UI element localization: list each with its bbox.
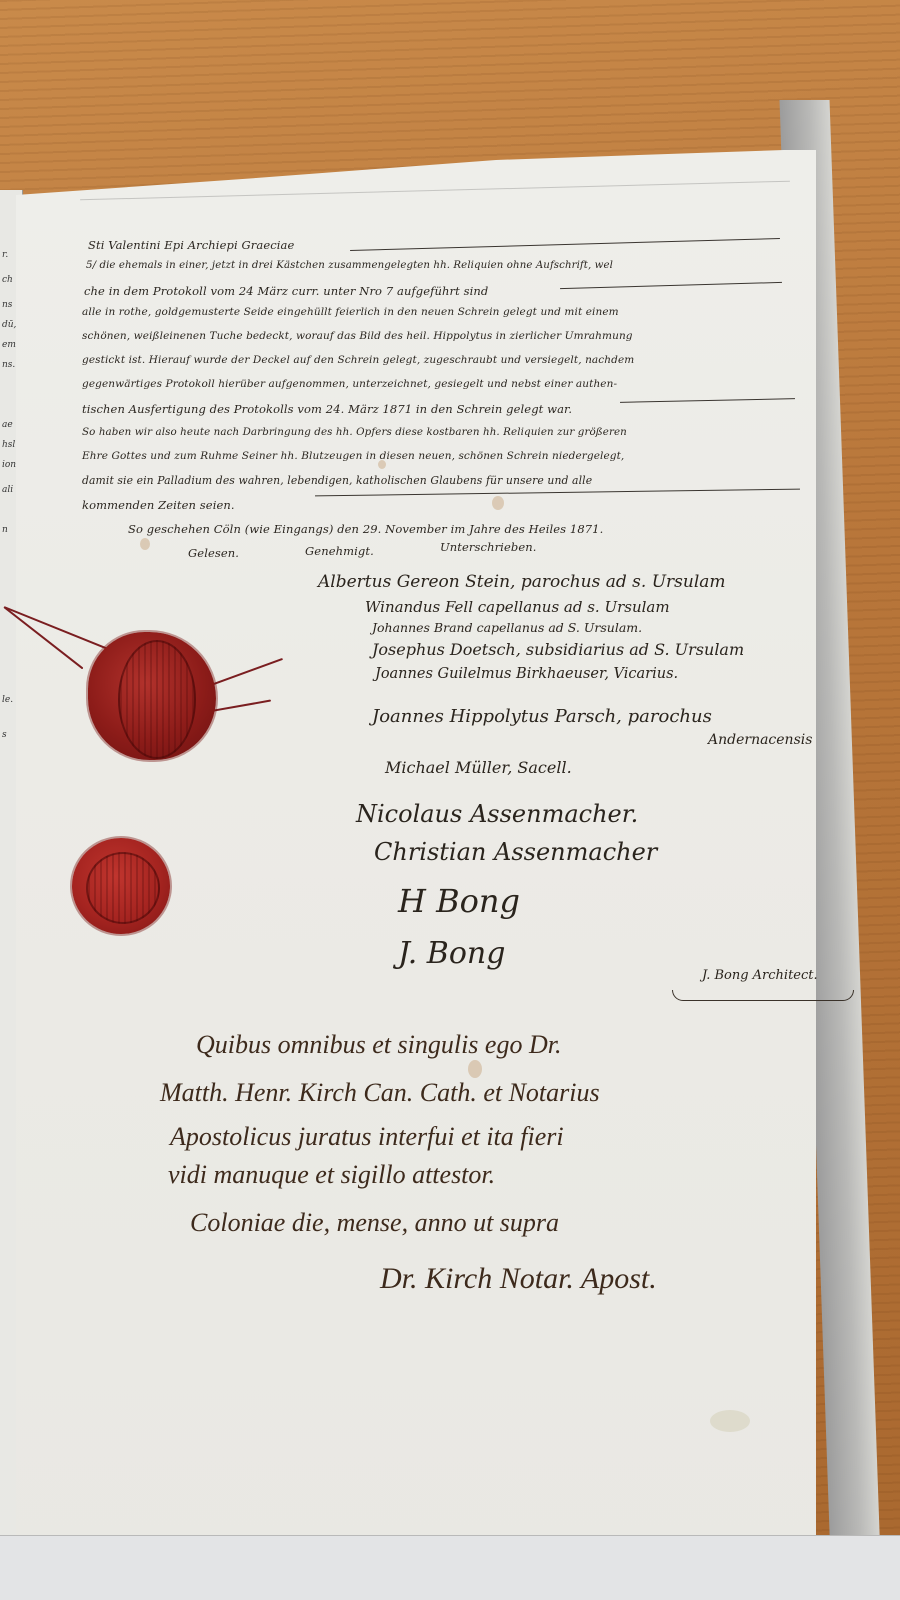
body-line: schönen, weißleinenen Tuche bedeckt, wor… — [82, 330, 633, 342]
left-page-fragment: ch — [2, 275, 13, 285]
foxing-stain — [140, 538, 150, 550]
body-line: che in dem Protokoll vom 24 März curr. u… — [84, 284, 488, 298]
notary-line: Apostolicus juratus interfui et ita fier… — [170, 1122, 564, 1152]
signature-architect: J. Bong Architect. — [702, 968, 818, 983]
body-line: kommenden Zeiten seien. — [82, 498, 235, 512]
attestation-approved: Genehmigt. — [305, 544, 374, 558]
notary-line: vidi manuque et sigillo attestor. — [168, 1160, 495, 1190]
body-line: 5/ die ehemals in einer, jetzt in drei K… — [86, 260, 613, 271]
signature: Michael Müller, Sacell. — [385, 758, 572, 777]
signature: Joannes Hippolytus Parsch, parochus — [372, 706, 712, 727]
left-page-fragment: hsl — [2, 440, 15, 450]
left-page-fragment: ae — [2, 420, 13, 430]
body-line: gegenwärtiges Protokoll hierüber aufgeno… — [82, 378, 617, 390]
left-page-fragment: s — [2, 730, 7, 740]
signature: Nicolaus Assenmacher. — [356, 800, 638, 828]
left-page-fragment: ion — [2, 460, 16, 470]
notary-line: Coloniae die, mense, anno ut supra — [190, 1208, 559, 1238]
body-line: gestickt ist. Hierauf wurde der Deckel a… — [82, 354, 634, 366]
body-line: So haben wir also heute nach Darbringung… — [82, 426, 627, 438]
left-page-fragment: le. — [2, 695, 13, 705]
signature: Johannes Brand capellanus ad S. Ursulam. — [372, 620, 642, 635]
attestation-read: Gelesen. — [188, 546, 239, 560]
left-page-fragment: r. — [2, 250, 8, 260]
signature: J. Bong — [398, 936, 505, 971]
signature: Christian Assenmacher — [374, 838, 657, 866]
notary-signature: Dr. Kirch Notar. Apost. — [380, 1262, 657, 1296]
notary-line: Quibus omnibus et singulis ego Dr. — [196, 1030, 561, 1060]
signature: Joannes Guilelmus Birkhaeuser, Vicarius. — [375, 666, 678, 682]
water-stain — [710, 1410, 750, 1432]
signature: Josephus Doetsch, subsidiarius ad S. Urs… — [372, 640, 744, 659]
left-page-fragment: ali — [2, 485, 13, 495]
signature-flourish — [672, 990, 854, 1001]
closing-line: So geschehen Cöln (wie Eingangs) den 29.… — [128, 522, 603, 536]
signature: Winandus Fell capellanus ad s. Ursulam — [365, 598, 670, 616]
body-line: Ehre Gottes und zum Ruhme Seiner hh. Blu… — [82, 450, 624, 462]
left-page-fragment: n — [2, 525, 8, 535]
body-line: Sti Valentini Epi Archiepi Graeciae — [88, 238, 294, 252]
left-page-fragment: ns — [2, 300, 12, 310]
foxing-stain — [492, 496, 504, 510]
left-page-fragment: dū, — [2, 320, 16, 330]
body-line: alle in rothe, goldgemusterte Seide eing… — [82, 306, 619, 318]
body-line: damit sie ein Palladium des wahren, lebe… — [82, 474, 592, 487]
vesica-seal-impression — [118, 640, 196, 759]
lower-page-edge — [0, 1535, 900, 1600]
notary-line: Matth. Henr. Kirch Can. Cath. et Notariu… — [160, 1078, 600, 1108]
signature: H Bong — [398, 882, 520, 920]
attestation-signed: Unterschrieben. — [440, 540, 536, 554]
left-page-fragment: ns. — [2, 360, 15, 370]
round-seal-impression — [86, 852, 160, 924]
signature-place: Andernacensis — [708, 732, 812, 748]
body-line: tischen Ausfertigung des Protokolls vom … — [82, 402, 572, 416]
signature: Albertus Gereon Stein, parochus ad s. Ur… — [318, 572, 726, 592]
foxing-stain — [468, 1060, 482, 1078]
left-page-fragment: em — [2, 340, 16, 350]
